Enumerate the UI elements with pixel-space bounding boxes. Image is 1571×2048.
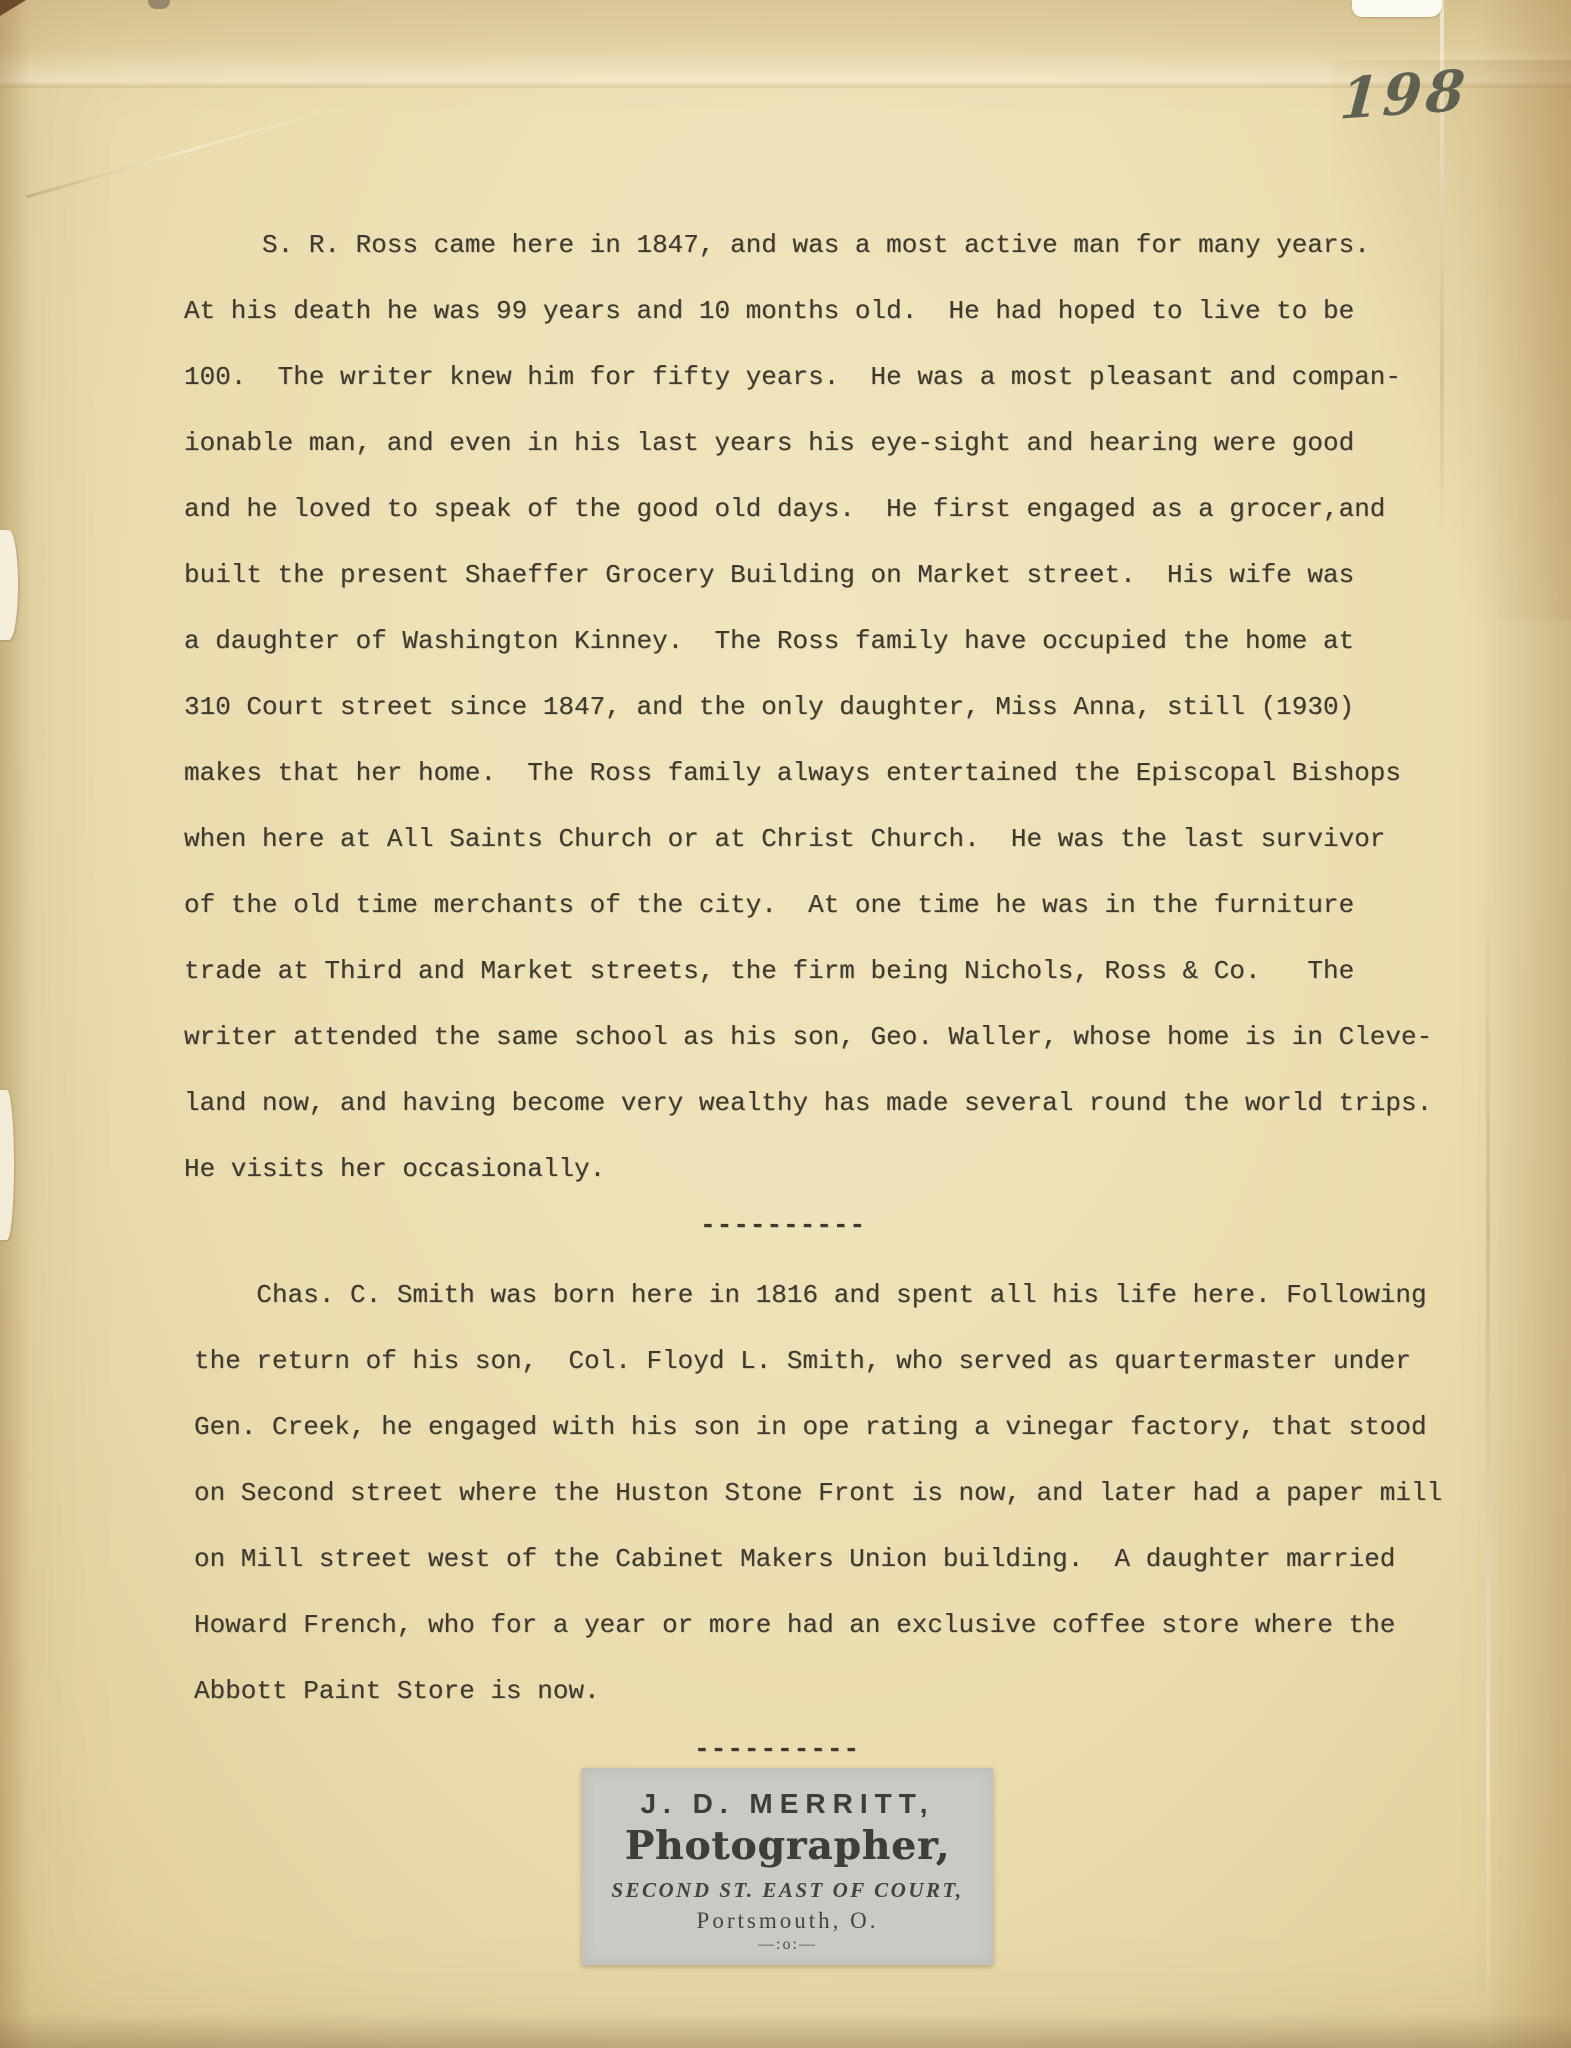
typed-divider: ---------- <box>700 1192 866 1258</box>
document-page: 198 S. R. Ross came here in 1847, and wa… <box>0 0 1571 2048</box>
paper-tear <box>0 530 18 640</box>
photographer-card-name: J. D. MERRITT, <box>582 1788 993 1820</box>
paper-shadow-bottom-edge <box>0 2014 1571 2048</box>
paragraph-ross: S. R. Ross came here in 1847, and was a … <box>184 212 1524 1202</box>
photographer-card: J. D. MERRITT, Photographer, SECOND ST. … <box>582 1768 993 1965</box>
paper-tear <box>0 1090 14 1240</box>
photographer-card-address: SECOND ST. EAST OF COURT, <box>582 1878 993 1903</box>
paper-shadow-left-edge <box>0 0 30 2048</box>
photographer-card-title: Photographer, <box>582 1823 993 1869</box>
paragraph-smith: Chas. C. Smith was born here in 1816 and… <box>194 1262 1534 1724</box>
photographer-card-city: Portsmouth, O. <box>582 1908 993 1934</box>
photographer-card-ornament: —:o:— <box>582 1936 993 1954</box>
handwritten-page-number: 198 <box>1338 57 1471 132</box>
paper-tear <box>1352 0 1442 17</box>
paper-crease <box>26 105 344 199</box>
